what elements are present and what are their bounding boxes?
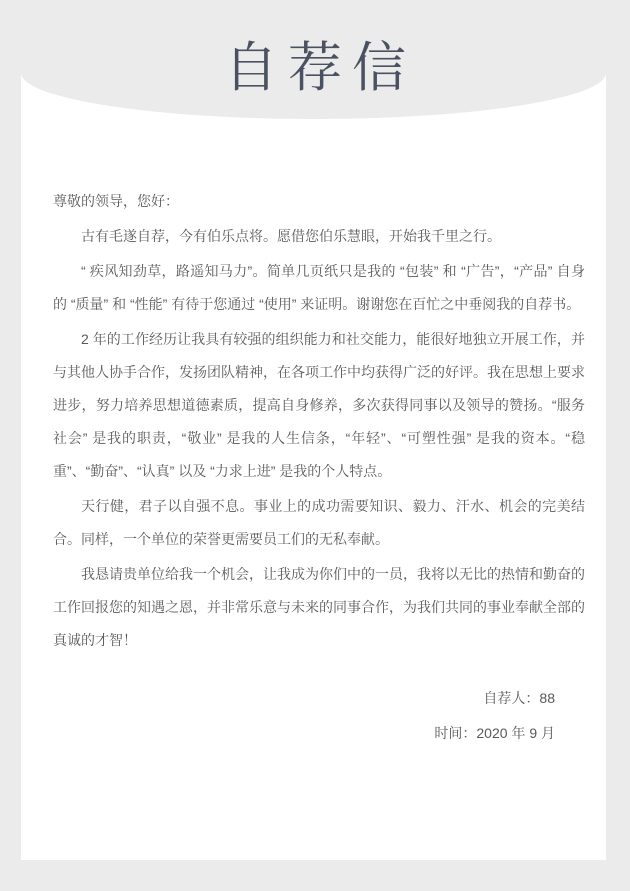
letter-title: 自荐信 [0,40,630,97]
paragraph-5: 我恳请贵单位给我一个机会，让我成为你们中的一员，我将以无比的热情和勤奋的工作回报… [53,558,585,657]
signer-line: 自荐人：88 [53,681,555,716]
paragraph-1: 古有毛遂自荐，今有伯乐点将。愿借您伯乐慧眼，开始我千里之行。 [53,220,585,253]
paragraph-3: 2 年的工作经历让我具有较强的组织能力和社交能力，能很好地独立开展工作，并与其他… [53,323,585,488]
letter-body: 尊敬的领导，您好： 古有毛遂自荐，今有伯乐点将。愿借您伯乐慧眼，开始我千里之行。… [53,185,585,751]
salutation: 尊敬的领导，您好： [53,185,585,218]
signature-block: 自荐人：88 时间：2020 年 9 月 [53,681,585,751]
paragraph-4: 天行健，君子以自强不息。事业上的成功需要知识、毅力、汗水、机会的完美结合。同样，… [53,490,585,556]
letter-background: 自荐信 尊敬的领导，您好： 古有毛遂自荐，今有伯乐点将。愿借您伯乐慧眼，开始我千… [0,0,630,891]
paragraph-2: “ 疾风知劲草，路遥知马力”。简单几页纸只是我的 “包装” 和 “广告”，“产品… [53,255,585,321]
letter-page: 尊敬的领导，您好： 古有毛遂自荐，今有伯乐点将。愿借您伯乐慧眼，开始我千里之行。… [21,73,606,860]
date-line: 时间：2020 年 9 月 [53,716,555,751]
